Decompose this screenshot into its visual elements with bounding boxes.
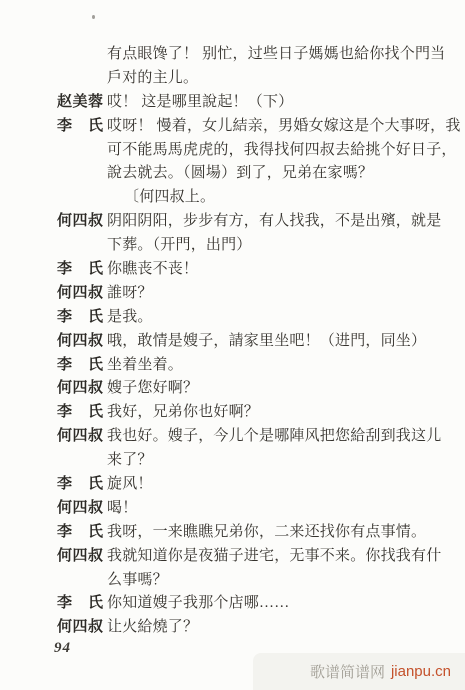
speaker-name: [57, 67, 107, 91]
dialogue-text: 〔何四叔上。: [124, 186, 215, 210]
speaker-name: 李 氏: [57, 354, 107, 378]
speaker-name: 何四叔: [57, 616, 107, 640]
speaker-name: 李 氏: [57, 115, 107, 139]
speaker-name: [57, 139, 107, 163]
dialogue-text: 来了？: [107, 449, 153, 473]
dialogue-text: 哎！ 这是哪里說起！（下）: [107, 91, 293, 115]
speaker-name: [57, 162, 107, 186]
dialogue-text: 有点眼馋了！ 别忙，过些日子媽媽也給你找个門当: [107, 43, 445, 67]
dialogue-text: 說去就去。（圆場）到了，兄弟在家嗎？: [107, 162, 373, 186]
script-line: 何四叔 我也好。嫂子，今儿个是哪陣风把您給刮到我这儿: [57, 425, 455, 449]
speaker-name: 李 氏: [57, 592, 107, 616]
script-line: 李 氏 旋风！: [57, 473, 455, 497]
speaker-name: [57, 569, 107, 593]
dialogue-text: 你知道嫂子我那个店哪……: [107, 592, 289, 616]
script-line: 說去就去。（圆場）到了，兄弟在家嗎？: [57, 162, 455, 186]
watermark: 歌谱简谱网 jianpu.cn: [253, 653, 465, 690]
script-line: 李 氏 坐着坐着。: [57, 354, 455, 378]
speaker-name: 何四叔: [57, 545, 107, 569]
script-line: 李 氏 我好，兄弟你也好啊？: [57, 401, 455, 425]
dialogue-text: 哦，敢情是嫂子，請家里坐吧！（进門，同坐）: [107, 330, 426, 354]
page-number: 94: [54, 640, 71, 657]
watermark-site-link[interactable]: jianpu.cn: [391, 663, 451, 680]
speaker-name: 李 氏: [57, 258, 107, 282]
dialogue-text: 坐着坐着。: [107, 354, 183, 378]
print-speck: [92, 15, 95, 19]
dialogue-text: 我就知道你是夜猫子进宅，无事不来。你找我有什: [107, 545, 441, 569]
speaker-name: [57, 43, 107, 67]
dialogue-text: 可不能馬馬虎虎的，我得找何四叔去給挑个好日子，: [107, 139, 457, 163]
speaker-name: 何四叔: [57, 425, 107, 449]
script-page: 有点眼馋了！ 别忙，过些日子媽媽也給你找个門当 戶对的主儿。 赵美蓉 哎！ 这是…: [0, 0, 465, 690]
dialogue-text: 么事嗎？: [107, 569, 168, 593]
script-line: 何四叔 嫂子您好啊？: [57, 377, 455, 401]
dialogue-text: 嫂子您好啊？: [107, 377, 198, 401]
speaker-name: 何四叔: [57, 282, 107, 306]
speaker-name: 李 氏: [57, 401, 107, 425]
speaker-name: 何四叔: [57, 377, 107, 401]
speaker-name: 何四叔: [57, 497, 107, 521]
script-line: 李 氏 你知道嫂子我那个店哪……: [57, 592, 455, 616]
dialogue-text: 我呀，一来瞧瞧兄弟你，二来还找你有点事情。: [107, 521, 426, 545]
script-line: 么事嗎？: [57, 569, 455, 593]
script-line: 戶对的主儿。: [57, 67, 455, 91]
dialogue-text: 下葬。（开門，出門）: [107, 234, 252, 258]
speaker-name: 李 氏: [57, 521, 107, 545]
speaker-name: [57, 234, 107, 258]
speaker-name: 何四叔: [57, 210, 107, 234]
dialogue-text: 我也好。嫂子，今儿个是哪陣风把您給刮到我这儿: [107, 425, 441, 449]
speaker-name: 何四叔: [57, 330, 107, 354]
dialogue-text: 是我。: [107, 306, 153, 330]
script-line: 李 氏 我呀，一来瞧瞧兄弟你，二来还找你有点事情。: [57, 521, 455, 545]
dialogue-text: 誰呀？: [107, 282, 153, 306]
dialogue-text: 旋风！: [107, 473, 153, 497]
script-line: 何四叔 我就知道你是夜猫子进宅，无事不来。你找我有什: [57, 545, 455, 569]
script-line: 何四叔 让火給燒了？: [57, 616, 455, 640]
script-line: 有点眼馋了！ 别忙，过些日子媽媽也給你找个門当: [57, 43, 455, 67]
dialogue-text: 让火給燒了？: [107, 616, 198, 640]
dialogue-text: 哎呀！ 慢着，女儿結亲，男婚女嫁这是个大事呀，我: [107, 115, 461, 139]
dialogue-text: 喝！: [107, 497, 137, 521]
script-line: 何四叔 喝！: [57, 497, 455, 521]
script-line: 可不能馬馬虎虎的，我得找何四叔去給挑个好日子，: [57, 139, 455, 163]
watermark-site-name: 歌谱简谱网: [310, 661, 385, 682]
speaker-name: 李 氏: [57, 306, 107, 330]
speaker-name: [57, 449, 107, 473]
script-line: 来了？: [57, 449, 455, 473]
speaker-name: 李 氏: [57, 473, 107, 497]
script-line: 李 氏 你瞧丧不丧！: [57, 258, 455, 282]
script-line: 下葬。（开門，出門）: [57, 234, 455, 258]
speaker-name: [57, 186, 107, 210]
script-line: 李 氏 是我。: [57, 306, 455, 330]
script-line: 何四叔 阴阳阴阳，步步有方，有人找我，不是出殯，就是: [57, 210, 455, 234]
speaker-name: 赵美蓉: [57, 91, 107, 115]
script-line: 赵美蓉 哎！ 这是哪里說起！（下）: [57, 91, 455, 115]
dialogue-text: 阴阳阴阳，步步有方，有人找我，不是出殯，就是: [107, 210, 441, 234]
script-lines: 有点眼馋了！ 别忙，过些日子媽媽也給你找个門当 戶对的主儿。 赵美蓉 哎！ 这是…: [57, 43, 455, 640]
dialogue-text: 戶对的主儿。: [107, 67, 198, 91]
dialogue-text: 我好，兄弟你也好啊？: [107, 401, 259, 425]
script-line: 何四叔 哦，敢情是嫂子，請家里坐吧！（进門，同坐）: [57, 330, 455, 354]
script-line: 何四叔 誰呀？: [57, 282, 455, 306]
dialogue-text: 你瞧丧不丧！: [107, 258, 198, 282]
script-line: 李 氏 哎呀！ 慢着，女儿結亲，男婚女嫁这是个大事呀，我: [57, 115, 455, 139]
script-line: 〔何四叔上。: [57, 186, 455, 210]
